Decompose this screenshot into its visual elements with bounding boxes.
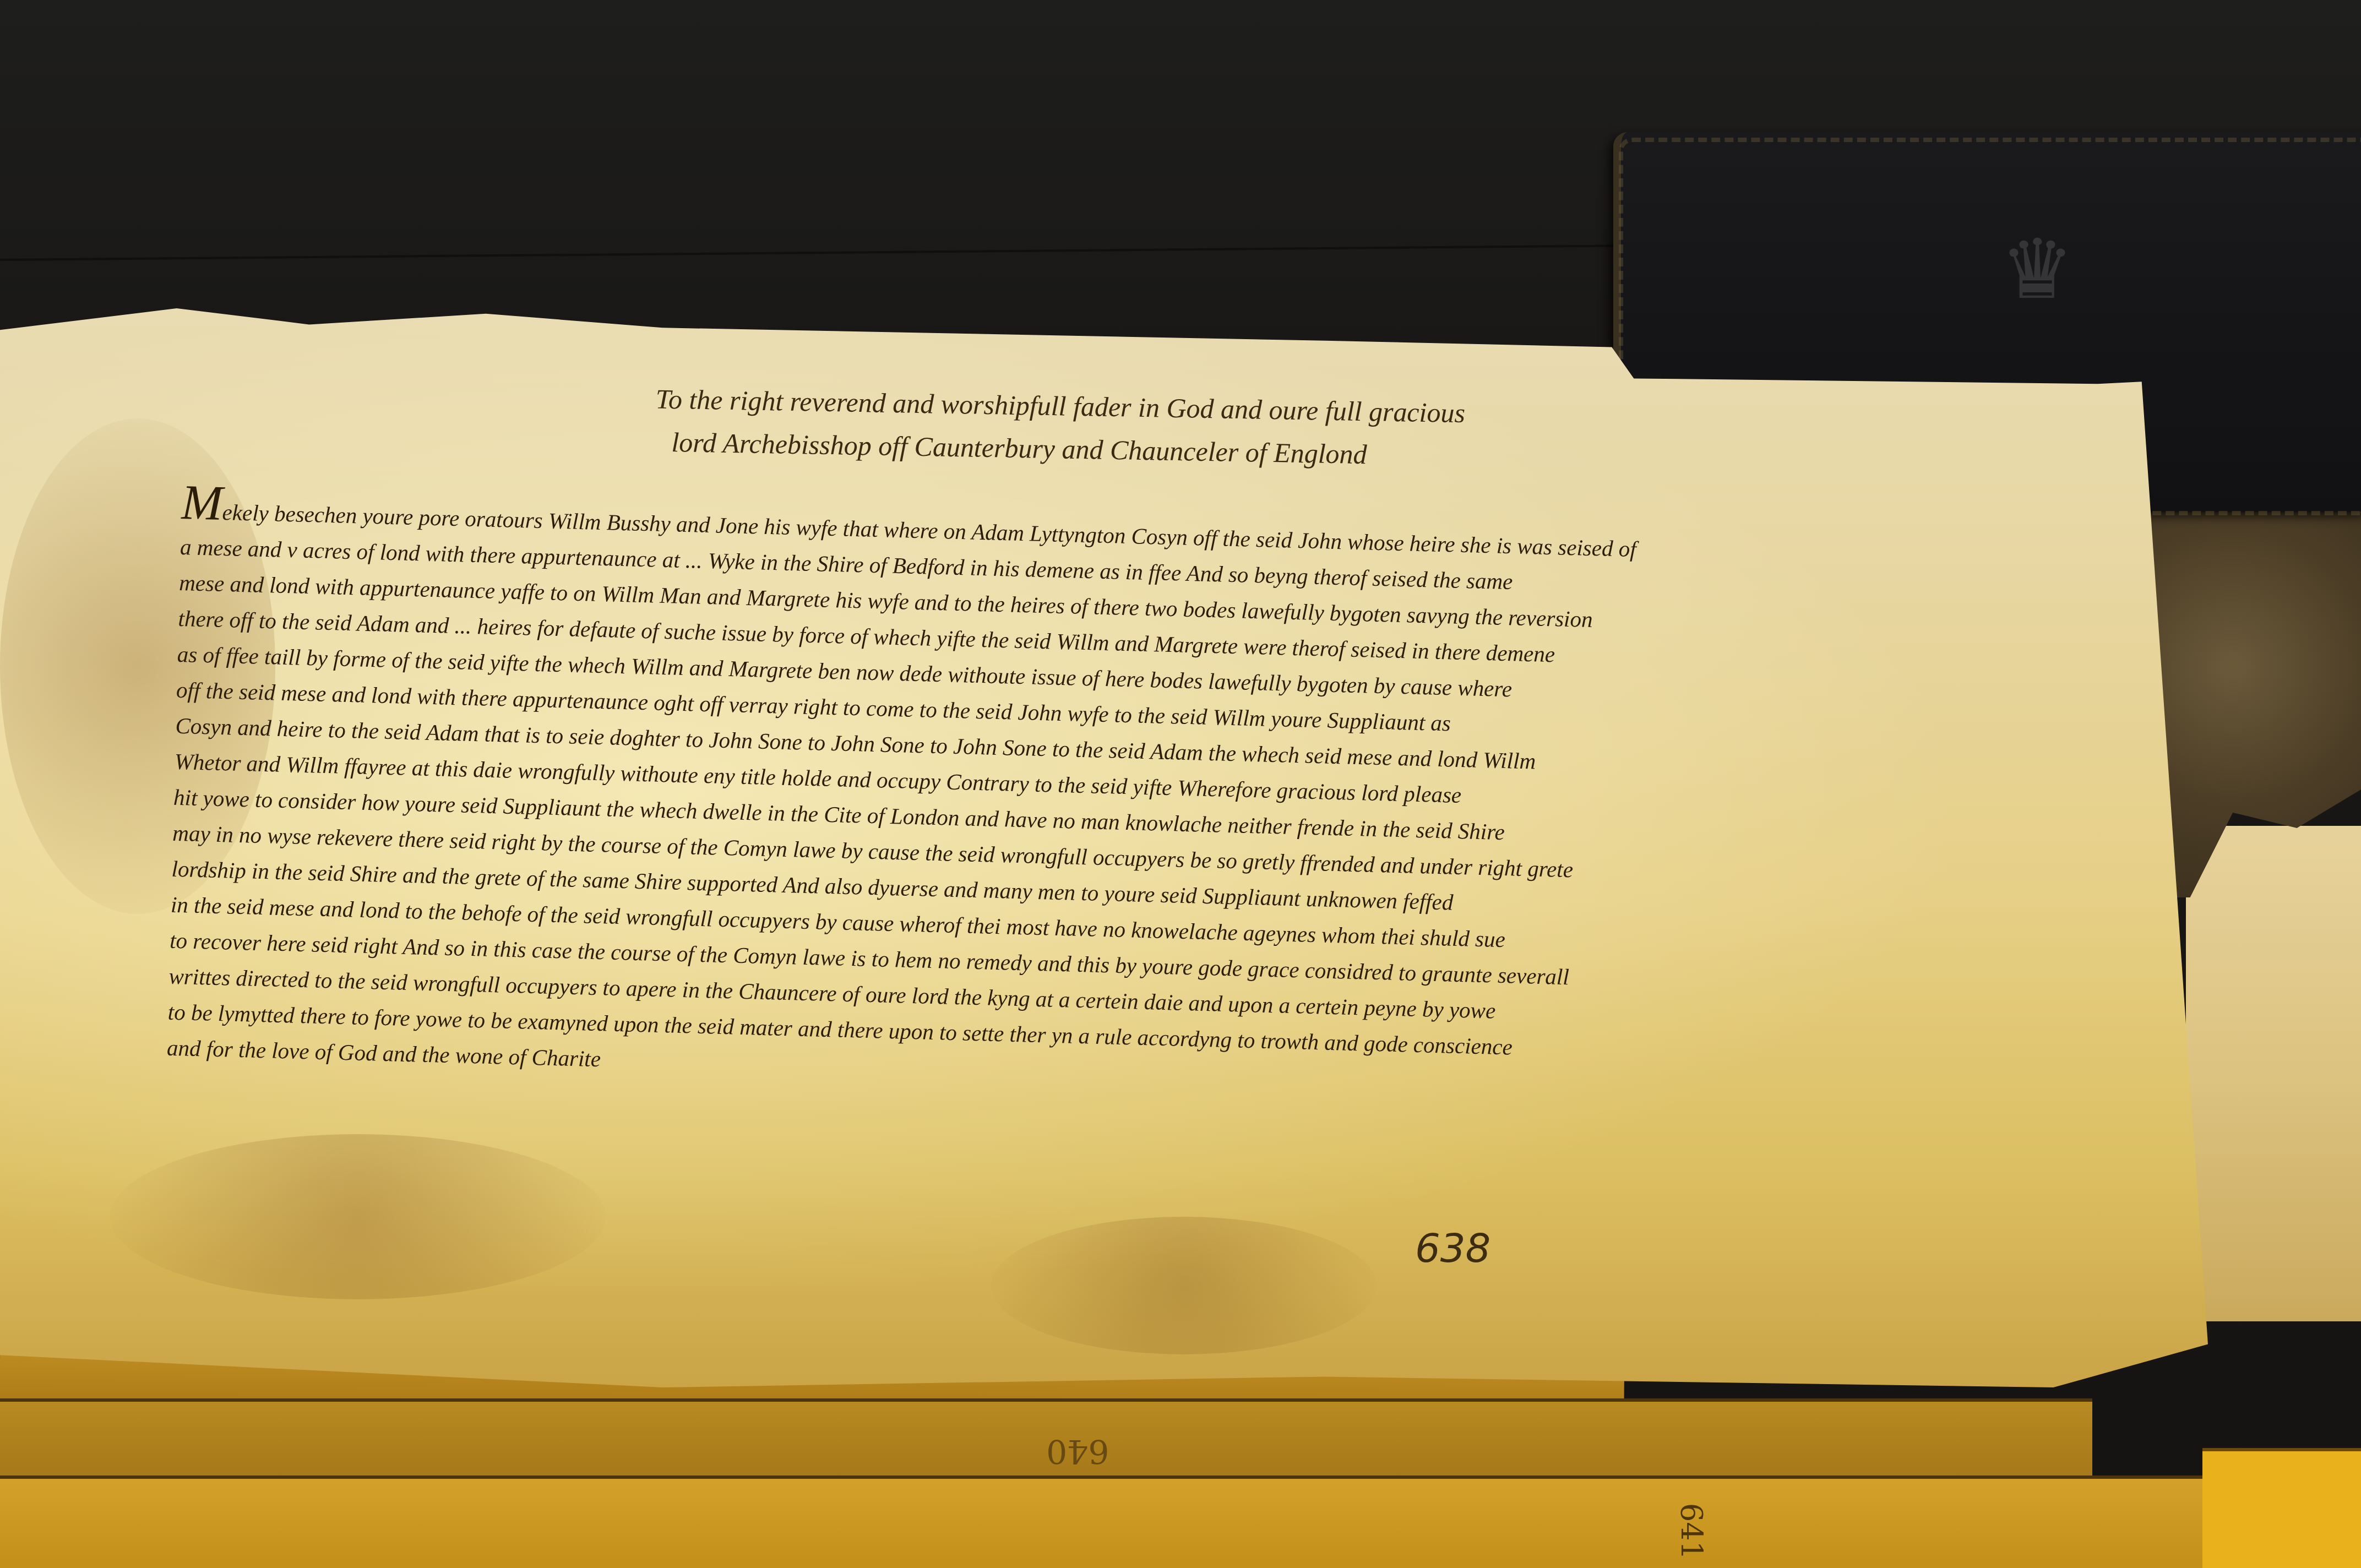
petition-body: Mekely besechen youre pore oratours Will… [166, 484, 2185, 1118]
stacked-sheet [2202, 1448, 2361, 1568]
stacked-sheet-number: 641 [1674, 1503, 1709, 1560]
stacked-sheet [0, 1476, 2257, 1568]
stacked-sheet-number: 640 [1046, 1431, 1109, 1470]
folio-number: 638 [1415, 1225, 1490, 1271]
parchment-fragment-light [2186, 826, 2361, 1321]
stain [110, 1134, 606, 1299]
stain [991, 1217, 1377, 1354]
crown-emblem-icon: ♛ [1982, 209, 2092, 330]
petition-address: To the right reverend and worshipfull fa… [622, 377, 1603, 480]
